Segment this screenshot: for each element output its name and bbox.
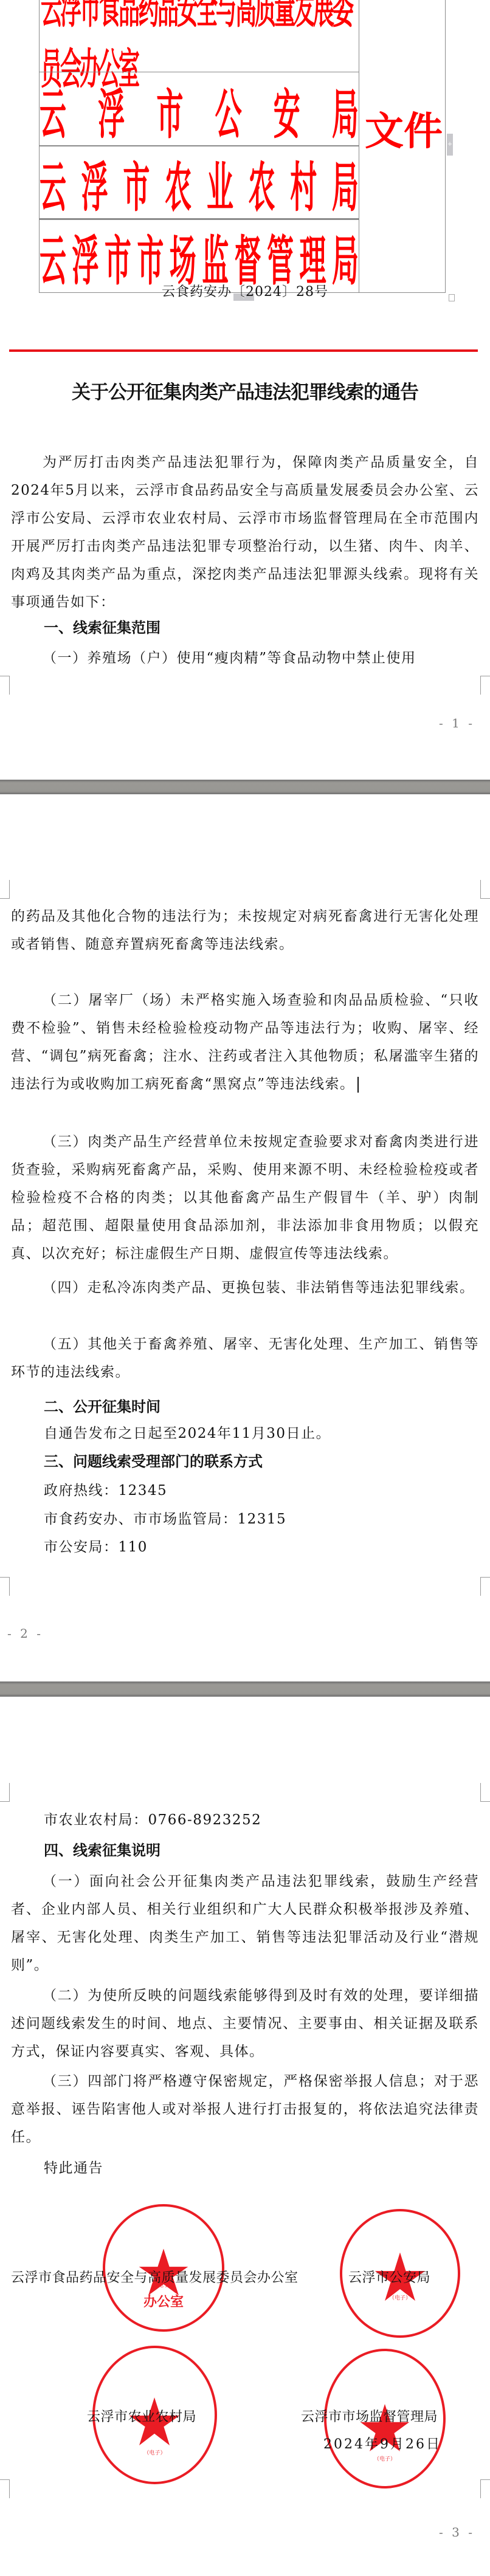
margin-corner-mark <box>0 1577 10 1596</box>
table-add-column-handle[interactable]: + <box>447 134 453 156</box>
page-number: - 2 - <box>7 1626 43 1641</box>
margin-corner-mark <box>0 676 10 695</box>
section-2-heading: 二、公开征集时间 <box>44 1395 160 1416</box>
page-number: - 1 - <box>439 716 475 730</box>
masthead-agencies: 云浮市食品药品安全与高质量发展委员会办公室 云浮市公安局 云浮市农业农村局 云浮… <box>40 0 359 292</box>
margin-corner-mark <box>0 1783 10 1802</box>
issue-date: 2024年9月26日 <box>323 2434 441 2453</box>
masthead-row-1: 云浮市食品药品安全与高质量发展委员会办公室 <box>40 0 359 72</box>
margin-corner-mark <box>480 1783 490 1802</box>
item-1-start: （一）养殖场（户）使用“瘦肉精”等食品动物中禁止使用 <box>11 644 479 672</box>
masthead-row-2: 云浮市公安局 <box>40 74 359 146</box>
text-cursor <box>357 1077 359 1093</box>
section-4-heading: 四、线索征集说明 <box>44 1838 160 1860</box>
section-3-heading: 三、问题线索受理部门的联系方式 <box>44 1449 263 1471</box>
margin-corner-mark <box>0 2479 10 2498</box>
closing-text: 特此通告 <box>44 2157 103 2177</box>
masthead-table: 云浮市食品药品安全与高质量发展委员会办公室 云浮市公安局 云浮市农业农村局 云浮… <box>39 0 446 293</box>
page-separator <box>0 780 490 794</box>
signature-agriculture: 云浮市农业农村局 <box>87 2406 196 2425</box>
contact-hotline: 政府热线：12345 <box>44 1479 167 1499</box>
page-2: 的药品及其他化合物的违法行为；未按规定对病死畜禽进行无害化处理或者销售、随意弃置… <box>0 794 490 1681</box>
intro-paragraph: 为严厉打击肉类产品违法犯罪行为，保障肉类产品质量安全，自2024年5月以来，云浮… <box>11 448 479 616</box>
page-3: 市农业农村局：0766-8923252 四、线索征集说明 （一）面向社会公开征集… <box>0 1697 490 2576</box>
margin-corner-mark <box>480 2479 490 2498</box>
signature-food-drug-office: 云浮市食品药品安全与高质量发展委员会办公室 <box>11 2267 298 2286</box>
signature-public-security: 云浮市公安局 <box>348 2267 430 2286</box>
item-2: （二）屠宰厂（场）未严格实施入场查验和肉品品质检验、“只收费不检验”、销售未经检… <box>11 986 479 1098</box>
contact-market-supervision: 市食药安办、市市场监管局：12315 <box>44 1508 286 1528</box>
note-1: （一）面向社会公开征集肉类产品违法犯罪线索，鼓励生产经营者、企业内部人员、相关行… <box>11 1867 479 1979</box>
document-number: 云食药安办〔2024〕28号 <box>0 281 490 300</box>
margin-corner-mark <box>480 1577 490 1596</box>
document-title: 关于公开征集肉类产品违法犯罪线索的通告 <box>0 377 490 404</box>
red-rule-divider <box>9 349 478 352</box>
note-3: （三）四部门将严格遵守保密规定，严格保密举报人信息；对于恶意举报、诬告陷害他人或… <box>11 2067 479 2151</box>
contact-police: 市公安局：110 <box>44 1536 148 1556</box>
section-1-heading: 一、线索征集范围 <box>44 616 160 637</box>
page-number: - 3 - <box>439 2525 475 2540</box>
section-2-text: 自通告发布之日起至2024年11月30日止。 <box>44 1422 331 1442</box>
item-4: （四）走私冷冻肉类产品、更换包装、非法销售等违法犯罪线索。 <box>11 1274 479 1302</box>
page-1: 云浮市食品药品安全与高质量发展委员会办公室 云浮市公安局 云浮市农业农村局 云浮… <box>0 0 490 780</box>
masthead-row-3: 云浮市农业农村局 <box>40 146 359 219</box>
margin-corner-mark <box>480 676 490 695</box>
page-separator <box>0 1681 490 1697</box>
item-5: （五）其他关于畜禽养殖、屠宰、无害化处理、生产加工、销售等环节的违法线索。 <box>11 1330 479 1386</box>
masthead-file-label: 文件 <box>364 100 443 156</box>
item-1-continued: 的药品及其他化合物的违法行为；未按规定对病死畜禽进行无害化处理或者销售、随意弃置… <box>11 902 479 958</box>
signature-market-supervision: 云浮市市场监督管理局 <box>301 2406 438 2425</box>
note-2: （二）为使所反映的问题线索能够得到及时有效的处理，要详细描述问题线索发生的时间、… <box>11 1982 479 2066</box>
margin-corner-mark <box>0 880 10 899</box>
margin-corner-mark <box>480 880 490 899</box>
contact-agriculture: 市农业农村局：0766-8923252 <box>44 1808 261 1829</box>
item-3: （三）肉类产品生产经营单位未按规定查验要求对畜禽肉类进行进货查验，采购病死畜禽产… <box>11 1128 479 1268</box>
